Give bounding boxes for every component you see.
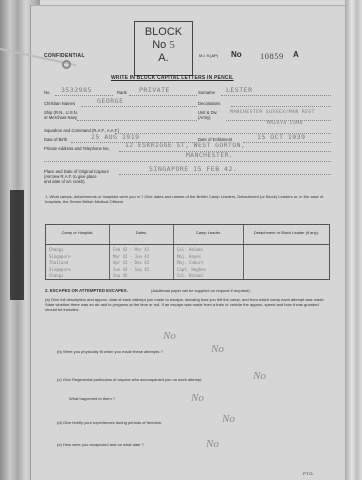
- serial-number: 10859: [260, 51, 284, 61]
- capture-value: SINGAPORE 15 FEB 42.: [149, 165, 237, 173]
- christian-names-label: Christian Names: [44, 101, 75, 106]
- question-2e-answer: No: [206, 438, 219, 450]
- question-2b-text: (b) Were you physically fit when you mad…: [57, 349, 163, 354]
- surname-label: Surname: [198, 90, 215, 95]
- dob-label: Date of Birth: [44, 137, 67, 142]
- col-camp-leader: Camp Leader.: [174, 225, 244, 244]
- service-number-value: 3532985: [61, 86, 92, 94]
- serial-suffix: A: [293, 50, 299, 59]
- camps-table-body: Changi Singapore Thailand Singapore Chan…: [46, 245, 329, 279]
- col-dates: Dates.: [110, 225, 174, 244]
- camp-cell: Changi Singapore Thailand Singapore Chan…: [46, 245, 110, 279]
- question-2e-text: (e) How were you recaptured and on what …: [57, 442, 144, 447]
- address-value-1: 12 ESKRIGGE ST, WEST GORTON,: [125, 142, 245, 149]
- col-camp: Camp or Hospital.: [46, 225, 110, 244]
- dob-value: 25 AUG 1919: [91, 133, 140, 141]
- tag-eyelet: [62, 60, 71, 69]
- question-2-note: (Additional paper will be supplied on re…: [151, 288, 251, 293]
- camp-leader-cell: Col. Holmes Maj. Hayes Maj. Coburn Capt.…: [174, 245, 244, 279]
- file-stack-right-edge: [345, 0, 362, 480]
- unit-label-2: (Army): [198, 115, 211, 120]
- question-2-heading: 2. ESCAPES OR ATTEMPTED ESCAPES.: [45, 288, 128, 293]
- question-1-text: 1. What camps, detachments or hospitals …: [45, 194, 331, 204]
- unit-value-1: MANCHESTER SUSSEX/MAN REGT: [230, 110, 315, 115]
- block-number-label: No: [152, 39, 166, 51]
- christian-names-value: GEORGE: [97, 97, 123, 105]
- camps-table: Camp or Hospital. Dates. Camp Leader. De…: [45, 224, 330, 280]
- question-2b-answer: No: [211, 343, 224, 355]
- dates-cell: Feb 42 - Mar 42 Mar 42 - Jun 42 Apr 43 -…: [110, 245, 174, 279]
- enlistment-value: 15 OCT 1939: [257, 133, 306, 141]
- block-number-value: 5: [169, 39, 175, 51]
- surname-value: LESTER: [226, 86, 252, 94]
- address-value-2: MANCHESTER.: [186, 152, 233, 159]
- rank-label: Rank: [117, 90, 127, 95]
- file-stack-shadow: [10, 190, 24, 300]
- form-code: M.I. 9.(AP): [199, 53, 218, 58]
- question-2d-text: (d) Give briefly your experiences during…: [57, 420, 162, 425]
- question-2c-answer: No: [253, 370, 266, 382]
- no-label: No.: [44, 90, 51, 95]
- unit-value-2: MALAYA COMD: [267, 121, 303, 126]
- question-2a-text: (a) Give full description and approx. da…: [45, 297, 331, 313]
- question-2c-followup-text: What happened to them ?: [69, 396, 115, 401]
- block-leader-cell: [244, 245, 329, 279]
- page-turn-over-label: P.T.O.: [303, 471, 314, 476]
- instruction-heading: WRITE IN BLOCK CAPITAL LETTERS IN PENCIL: [111, 75, 234, 81]
- decorations-label: Decorations: [198, 101, 220, 106]
- capture-label-3: and date of a/c crash).: [44, 179, 86, 184]
- camps-table-header: Camp or Hospital. Dates. Camp Leader. De…: [46, 225, 329, 245]
- block-title: BLOCK: [135, 26, 192, 39]
- block-letter: A.: [135, 52, 192, 65]
- col-block-leader: Detachment or Block Leader (if any).: [244, 225, 329, 244]
- address-label: Private Address and Telephone No.: [44, 146, 110, 151]
- question-2c-text: (c) Give Regimental particulars of anyon…: [57, 377, 202, 382]
- question-2a-answer: No: [163, 330, 176, 342]
- block-stamp: BLOCK No 5 A.: [134, 21, 193, 76]
- question-2c-followup-answer: No: [191, 392, 204, 404]
- serial-label: No: [231, 50, 242, 59]
- ship-label-2: or Merchant Navy: [44, 115, 77, 120]
- pow-questionnaire-sheet: CONFIDENTIAL BLOCK No 5 A. M.I. 9.(AP) N…: [30, 5, 345, 480]
- question-2d-answer: No: [222, 413, 235, 425]
- rank-value: PRIVATE: [139, 86, 170, 94]
